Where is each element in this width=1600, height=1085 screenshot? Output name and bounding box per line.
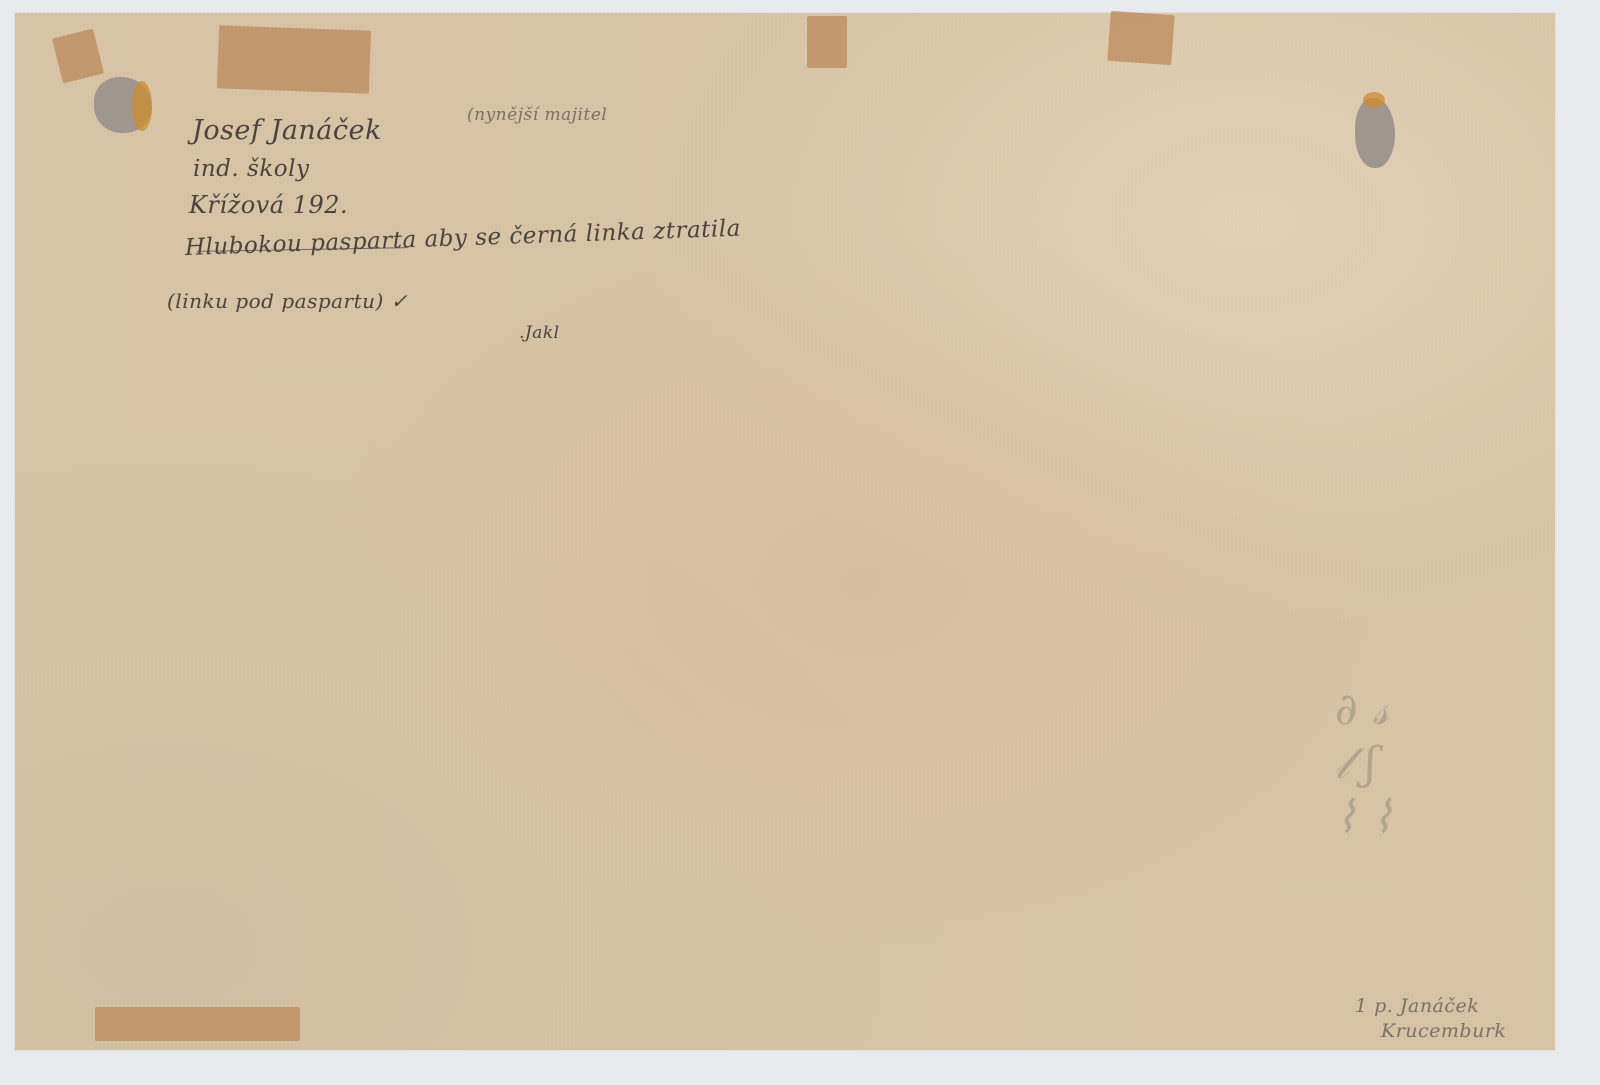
owner-name: Josef Janáček [192,115,382,146]
owner-title: ind. školy [193,156,309,182]
hinge-remnant-right [1355,98,1395,168]
paper-sheet: Josef Janáček (nynější majitel ind. škol… [15,13,1555,1050]
hinge-remnant-left [94,77,152,133]
instruction-line-1: Hlubokou pasparta aby se černá linka ztr… [185,216,742,261]
tape-strip-top-left-small [52,29,104,84]
signature-place: Krucemburk [1381,1020,1506,1042]
owner-aside: (nynější majitel [467,105,607,125]
signature-name: 1 p. Janáček [1355,995,1479,1017]
owner-address: Křížová 192. [189,191,348,219]
instruction-signature: .Jakl [519,323,560,343]
faint-pencil-marks: ∂ 𝓈𝓁 ʃ⌇ ⌇ [1335,683,1535,845]
tape-strip-top-left-wide [217,25,371,93]
instruction-line-2: (linku pod paspartu) ✓ [167,289,408,313]
tape-strip-top-right [1107,11,1174,65]
tape-strip-top-center [807,16,847,68]
tape-strip-bottom-left [95,1007,300,1041]
